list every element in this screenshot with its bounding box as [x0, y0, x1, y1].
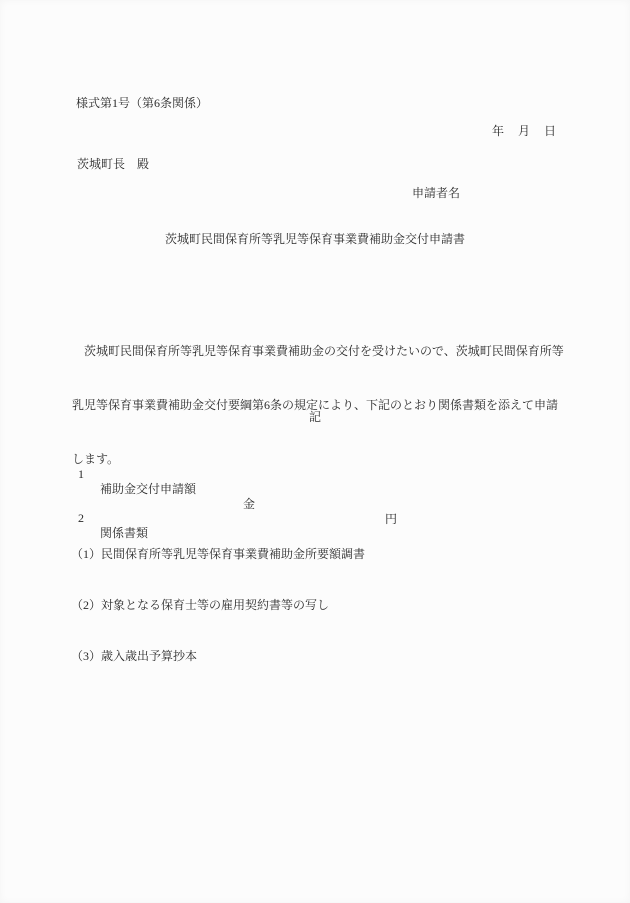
- item1-label: 補助金交付申請額: [100, 482, 196, 497]
- attached-document-2: （2）対象となる保育士等の雇用契約書等の写し: [71, 597, 365, 614]
- document-title: 茨城町民間保育所等乳児等保育事業費補助金交付申請書: [0, 232, 630, 247]
- addressee-line: 茨城町長 殿: [77, 157, 149, 172]
- amount-suffix: 円: [385, 512, 397, 527]
- attached-document-list: （1）民間保育所等乳児等保育事業費補助金所要額調書 （2）対象となる保育士等の雇…: [71, 512, 365, 699]
- attached-document-1: （1）民間保育所等乳児等保育事業費補助金所要額調書: [71, 546, 365, 563]
- body-paragraph: 茨城町民間保育所等乳児等保育事業費補助金の交付を受けたいので、茨城町民間保育所等…: [72, 306, 564, 504]
- date-line: 年 月 日: [492, 124, 557, 139]
- form-number: 様式第1号（第6条関係）: [76, 96, 208, 111]
- record-heading: 記: [0, 410, 630, 425]
- item1-number: 1: [78, 467, 84, 482]
- body-line-1: 茨城町民間保育所等乳児等保育事業費補助金の交付を受けたいので、茨城町民間保育所等: [72, 342, 564, 360]
- subsidy-amount-item: 1 補助金交付申請額 金 円: [0, 452, 630, 467]
- application-form-page: 様式第1号（第6条関係） 年 月 日 茨城町長 殿 申請者名 茨城町民間保育所等…: [0, 0, 630, 903]
- attached-document-3: （3）歳入歳出予算抄本: [71, 648, 365, 665]
- applicant-name-label: 申請者名: [412, 186, 460, 201]
- related-documents-item: 2 関係書類: [0, 496, 630, 511]
